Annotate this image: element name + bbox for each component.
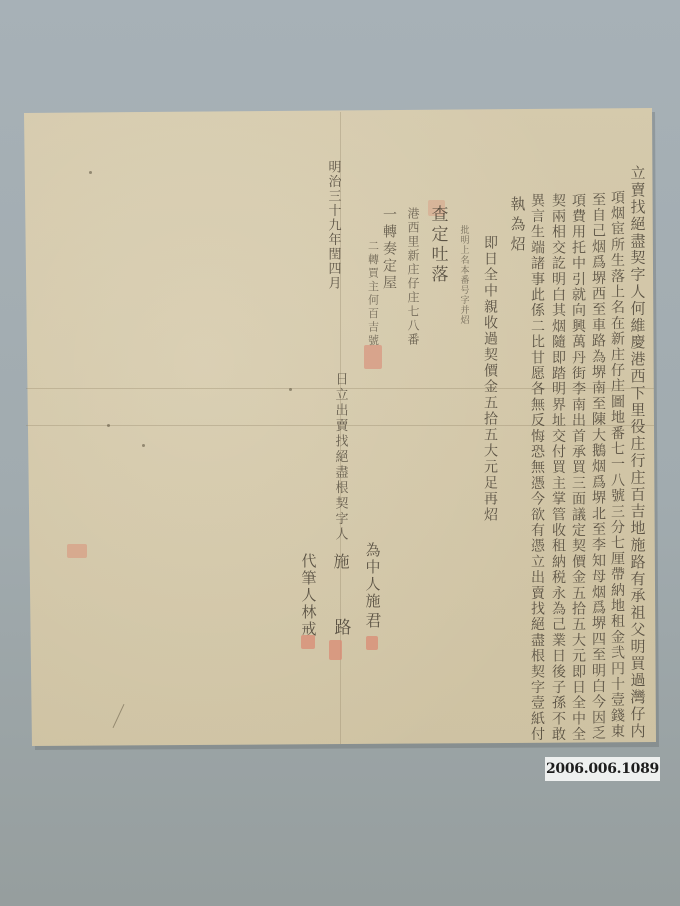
main-text-column-3: 至自己烟爲堺西至車路為堺南至陳大鵝烟爲堺北至李知母烟爲堺四至明白今因乏 bbox=[591, 192, 605, 742]
red-seal-transfer bbox=[364, 345, 382, 369]
inspection-location: 港西里新庄仔庄七八番 bbox=[407, 207, 419, 347]
red-seal-scribe bbox=[301, 635, 315, 649]
main-text-column-1: 立賣找絕盡契字人何維慶港西下里役庄行庄百吉地施路有承祖父明買過灣仔内 bbox=[630, 165, 645, 740]
inspection-title: 查定吐落 bbox=[429, 205, 446, 285]
seller-name-given: 路 bbox=[332, 618, 349, 635]
transfer-note-2: 二轉買主何百吉號 bbox=[368, 240, 379, 348]
main-text-column-7: 執為炤 bbox=[510, 196, 525, 256]
seller-line: 日立出賣找絕盡根契字人 bbox=[334, 372, 347, 543]
side-annotation: 批明上名本番号字并炤 bbox=[459, 225, 468, 325]
red-seal-left-margin bbox=[67, 544, 87, 558]
red-seal-middleman bbox=[366, 636, 378, 650]
document-date: 明治三十九年閏四月 bbox=[327, 160, 340, 291]
middleman-line: 為中人施 bbox=[365, 542, 380, 610]
main-text-column-2: 項烟宦所生落上名在新庄仔庄圖地番七一八號三分七厘帶納地租金弐円十壹錢東 bbox=[610, 190, 624, 740]
paper-speck bbox=[142, 444, 145, 447]
red-seal-seller bbox=[329, 640, 342, 660]
main-text-column-4: 項費用托中引就向興萬丹街李南出首承買三面議定契價金五拾五大元即日全中全 bbox=[571, 193, 585, 743]
scribe-line: 代筆人林戒 bbox=[301, 553, 316, 638]
middleman-name: 君 bbox=[364, 612, 380, 628]
receipt-note: 即日全中親收過契價金五拾五大元足再炤 bbox=[483, 235, 497, 523]
main-text-column-5: 契兩相交訖明白其烟隨即踏明界址交付買主掌管收租納税永為己業日後子孫不敢 bbox=[551, 193, 565, 743]
paper-speck bbox=[89, 171, 92, 174]
main-text-column-6: 異言生端諸事此係二比甘愿各無反悔恐無憑今欲有憑立出賣找絕盡根契字壹紙付 bbox=[530, 193, 544, 743]
seller-name-surname: 施 bbox=[332, 553, 348, 569]
catalog-number-label: 2006.006.1089 bbox=[545, 757, 660, 781]
paper-speck bbox=[107, 424, 110, 427]
paper-speck bbox=[289, 388, 292, 391]
transfer-note-1: 一轉奏定屋 bbox=[382, 207, 396, 292]
